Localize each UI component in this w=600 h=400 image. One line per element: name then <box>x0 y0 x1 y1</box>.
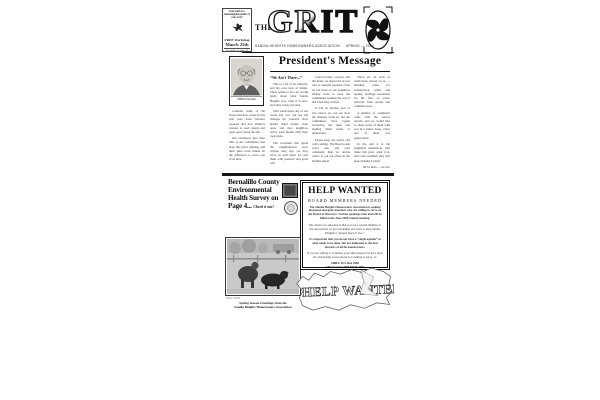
pm-column-4: There are all sorts of restrictions plac… <box>354 75 390 170</box>
survey-line: Page 4... <box>228 202 252 210</box>
survey-note: Check it out! <box>253 205 273 209</box>
help-wanted-subtitle: BOARD MEMBERS NEEDED <box>307 198 383 203</box>
pm-paragraph: There are all sorts of restrictions plac… <box>354 75 390 108</box>
help-wanted-paragraph: It's important that you do not have a “s… <box>307 238 383 250</box>
photo-caption: Spring Season Greetings from the Sandia … <box>222 301 304 309</box>
help-wanted-box: HELP WANTED BOARD MEMBERS NEEDED The San… <box>302 182 388 268</box>
masthead-rule <box>242 52 394 53</box>
torn-clipping-text: HELP WANTED <box>302 281 395 299</box>
pm-column-1: Consider some of the issues that have co… <box>229 109 265 170</box>
pm-paragraph: Consider some of the issues that have co… <box>229 109 265 134</box>
masthead-title: GRIT <box>267 3 359 43</box>
pm-paragraph: In the end it is the neighbors themselve… <box>354 142 390 163</box>
workshop-teaser: Interested in a hummingbird garden of yo… <box>224 10 250 19</box>
pm-paragraph: Please keep the letters and calls coming… <box>312 138 350 163</box>
help-wanted-paragraph: The Sandia Heights Homeowners Associatio… <box>307 206 383 222</box>
help-wanted-paragraph: If you are willing to volunteer your tim… <box>307 252 383 260</box>
photo-caption-line: Sandia Heights Homeowners Association <box>222 305 304 309</box>
pm-paragraph: A number of comments came with the surve… <box>354 111 390 140</box>
president-photo-caption: SHHA President <box>231 96 262 101</box>
pm-column-2: “We Ain't There...” This is a bit of an … <box>270 75 308 170</box>
pm-paragraph: Control burns, coyotes, and the plans ar… <box>312 75 350 104</box>
association-line-row: SANDIA HEIGHTS HOMEOWNERS ASSOCIATION SP… <box>255 44 373 48</box>
stamp-icon <box>282 183 298 198</box>
newsletter-page: Interested in a hummingbird garden of yo… <box>222 6 394 318</box>
presidents-message-headline: President's Message <box>270 55 390 67</box>
pm-column-3: Control burns, coyotes, and the plans ar… <box>312 75 350 170</box>
association-name: SANDIA HEIGHTS HOMEOWNERS ASSOCIATION <box>255 44 340 48</box>
hummingbird-icon <box>231 22 244 32</box>
headline-rule <box>270 71 390 72</box>
pm-subhead: “We Ain't There...” <box>270 75 308 80</box>
pm-paragraph: The covenants that guide the neighborhoo… <box>270 141 308 166</box>
president-photo <box>231 58 262 96</box>
seal-icon <box>284 201 298 215</box>
pm-paragraph: This is a bit of an editorial, and my ow… <box>270 82 308 107</box>
section-divider <box>222 173 394 176</box>
workshop-box: Interested in a hummingbird garden of yo… <box>222 8 252 52</box>
help-wanted-title: HELP WANTED <box>307 186 383 196</box>
issue-label: SPRING — 2000 <box>346 44 374 48</box>
pm-paragraph: Turn south down any of our roads and you… <box>270 109 308 138</box>
pm-paragraph: Our volunteers give their time to the co… <box>229 136 265 161</box>
help-wanted-paragraph: The criteria for selection is that you a… <box>307 224 383 236</box>
pm-paragraph: It will be another year or two before we… <box>312 106 350 135</box>
survey-headline: Bernalillo County Environmental Health S… <box>228 179 288 211</box>
president-photo-frame: SHHA President <box>229 56 264 106</box>
torn-clipping: HELP WANTED <box>293 264 395 313</box>
pm-signature: We've been — we are. <box>354 165 390 169</box>
neighborhood-photo-frame <box>225 237 301 296</box>
workshop-date: March 25th <box>224 42 250 47</box>
neighborhood-photo <box>227 239 299 294</box>
